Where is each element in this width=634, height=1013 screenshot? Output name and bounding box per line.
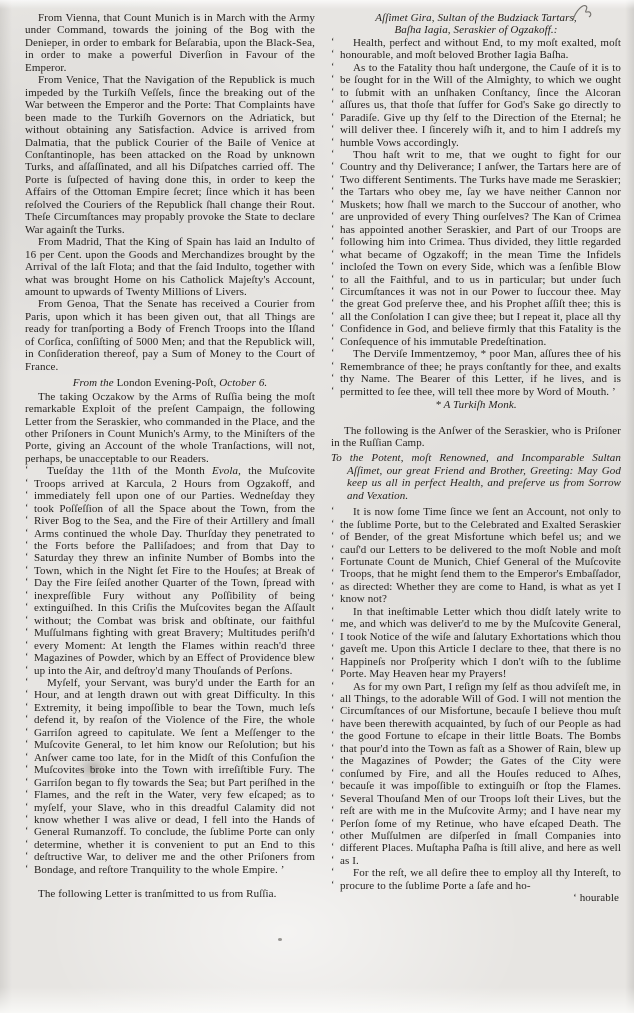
ink-speck — [278, 938, 282, 941]
news-paragraph-genoa: From Genoa, That the Senate has received… — [25, 298, 315, 373]
news-paragraph-madrid: From Madrid, That the King of Spain has … — [25, 236, 315, 298]
two-column-text-layout: From Vienna, that Count Munich is in Mar… — [25, 12, 621, 905]
answer-paragraph-3: ‘ ‘ ‘ ‘ ‘ ‘ ‘ ‘ ‘ ‘ ‘ ‘ ‘ ‘ ‘As for my o… — [331, 681, 621, 868]
heading-from-the: From the — [73, 377, 117, 389]
sultan-letter-paragraph-4: ‘ ‘ ‘ ‘The Derviſe Immentzemoy, * poor M… — [331, 348, 621, 398]
section-heading-london-evening-post: From the London Evening-Poſt, October 6. — [25, 377, 315, 389]
letter-text: The Derviſe Immentzemoy, * poor Man, aſſ… — [340, 348, 621, 397]
letter-text: For the reſt, we all deſire thee to empl… — [340, 867, 621, 891]
letter-text: , the Muſcovite Troops arrived at Karcul… — [34, 465, 315, 676]
quote-gutter: ‘ ‘ — [331, 867, 334, 892]
newspaper-scan-page: From Vienna, that Count Munich is in Mar… — [0, 0, 634, 1013]
quote-gutter: ‘ ‘ ‘ ‘ — [331, 348, 334, 398]
letter-text: It is now ſome Time ſince we ſent an Acc… — [340, 506, 621, 605]
quote-gutter: ‘ ‘ ‘ ‘ ‘ ‘ ‘ ‘ ‘ ‘ ‘ ‘ ‘ ‘ ‘ ‘ — [25, 677, 28, 876]
letter-address-to-sultan: To the Potent, moſt Renowned, and Incomp… — [331, 452, 621, 502]
quote-gutter: ‘ ‘ — [331, 37, 334, 62]
sultan-letter-paragraph-1: ‘ ‘Health, perfect and without End, to m… — [331, 37, 621, 62]
quote-gutter: ‘ ‘ ‘ ‘ ‘ ‘ ‘ ‘ ‘ ‘ ‘ ‘ ‘ ‘ ‘ ‘ ‘ — [25, 465, 28, 677]
heading-date: October 6. — [219, 377, 267, 389]
letter-text: Tueſday the 11th of the Month — [47, 465, 212, 477]
quote-gutter: ‘ ‘ ‘ ‘ ‘ ‘ ‘ — [331, 62, 334, 149]
letter-text: Myſelf, your Servant, was bury'd under t… — [34, 677, 315, 876]
letter-text: As for my own Part, I reſign my ſelf as … — [340, 681, 621, 867]
letter-text: As to the Fatality thou haſt undergone, … — [340, 62, 621, 149]
news-paragraph-vienna: From Vienna, that Count Munich is in Mar… — [25, 12, 315, 74]
quote-gutter: ‘ ‘ ‘ ‘ ‘ ‘ ‘ ‘ — [331, 506, 334, 606]
heading-line-2: Baſha Iagia, Seraskier of Ogzakoff.: — [394, 24, 557, 36]
sultan-letter-paragraph-3: ‘ ‘ ‘ ‘ ‘ ‘ ‘ ‘ ‘ ‘ ‘ ‘ ‘ ‘ ‘ ‘Thou haſt… — [331, 149, 621, 348]
left-column: From Vienna, that Count Munich is in Mar… — [25, 12, 315, 905]
month-name-evola: Evola — [212, 465, 238, 477]
answer-paragraph-4: ‘ ‘For the reſt, we all deſire thee to e… — [331, 867, 621, 892]
seraskier-letter-paragraph-2: ‘ ‘ ‘ ‘ ‘ ‘ ‘ ‘ ‘ ‘ ‘ ‘ ‘ ‘ ‘ ‘Myſelf, y… — [25, 677, 315, 876]
intro-paragraph-oczakow: The taking Oczakow by the Arms of Ruſſia… — [25, 391, 315, 466]
heading-line-1: Aſſimet Gira, Sultan of the Budziack Tar… — [375, 12, 577, 24]
catchword-hourable: ‘ hourable — [331, 892, 621, 904]
letter-text: In that ineſtimable Letter which thou di… — [340, 606, 621, 680]
answer-paragraph-1: ‘ ‘ ‘ ‘ ‘ ‘ ‘ ‘It is now ſome Time ſince… — [331, 506, 621, 606]
footnote-turkish-monk: * A Turkiſh Monk. — [331, 399, 621, 411]
news-paragraph-venice: From Venice, That the Navigation of the … — [25, 74, 315, 236]
letter-text: Thou haſt writ to me, that we ought to f… — [340, 149, 621, 348]
answer-intro: The following is the Anſwer of the Seras… — [331, 425, 621, 450]
quote-gutter: ‘ ‘ ‘ ‘ ‘ ‘ ‘ ‘ ‘ ‘ ‘ ‘ ‘ ‘ ‘ — [331, 681, 334, 868]
answer-paragraph-2: ‘ ‘ ‘ ‘ ‘ ‘In that ineſtimable Letter wh… — [331, 606, 621, 681]
quote-gutter: ‘ ‘ ‘ ‘ ‘ ‘ ‘ ‘ ‘ ‘ ‘ ‘ ‘ ‘ ‘ ‘ — [331, 149, 334, 348]
quote-gutter: ‘ ‘ ‘ ‘ ‘ ‘ — [331, 606, 334, 681]
letter-heading-assimet-gira: Aſſimet Gira, Sultan of the Budziack Tar… — [331, 12, 621, 37]
letter-text: Health, perfect and without End, to my m… — [340, 37, 621, 61]
closing-line-russia: The following Letter is tranſmitted to u… — [25, 888, 315, 900]
seraskier-letter-paragraph-1: ‘ ‘ ‘ ‘ ‘ ‘ ‘ ‘ ‘ ‘ ‘ ‘ ‘ ‘ ‘ ‘ ‘Tueſday… — [25, 465, 315, 677]
sultan-letter-paragraph-2: ‘ ‘ ‘ ‘ ‘ ‘ ‘As to the Fatality thou haſ… — [331, 62, 621, 149]
heading-paper-name: London Evening-Poſt, — [117, 377, 220, 389]
right-column: Aſſimet Gira, Sultan of the Budziack Tar… — [331, 12, 621, 905]
